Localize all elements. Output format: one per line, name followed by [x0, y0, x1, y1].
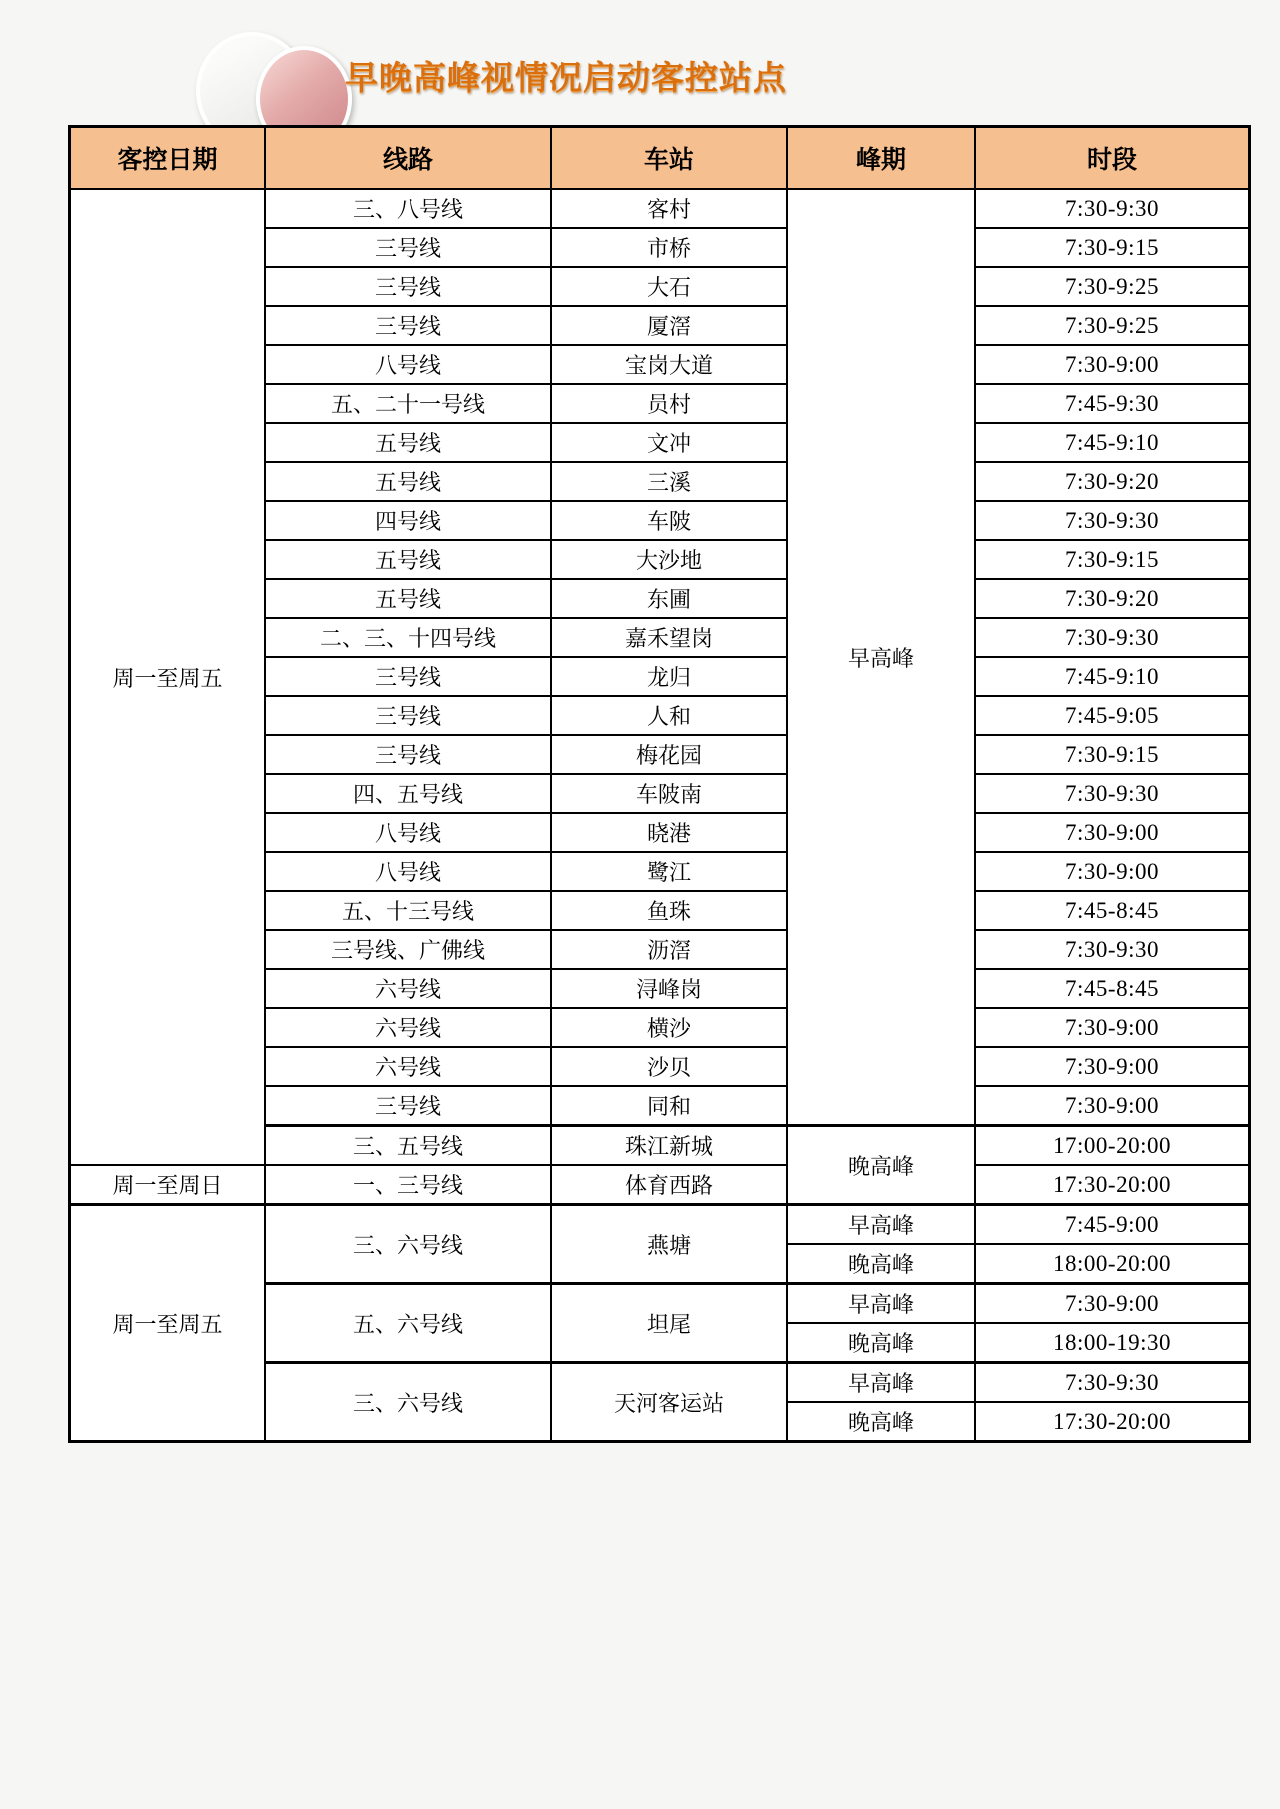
station-cell: 三溪	[551, 462, 787, 501]
line-cell: 二、三、十四号线	[265, 618, 551, 657]
date-cell: 周一至周日	[70, 1165, 266, 1205]
line-cell: 五、二十一号线	[265, 384, 551, 423]
station-cell: 员村	[551, 384, 787, 423]
station-cell: 浔峰岗	[551, 969, 787, 1008]
peak-cell: 晚高峰	[787, 1402, 975, 1442]
table-row: 周一至周日一、三号线体育西路17:30-20:00	[70, 1165, 1250, 1205]
time-cell: 7:45-9:10	[975, 423, 1250, 462]
line-cell: 四号线	[265, 501, 551, 540]
station-cell: 市桥	[551, 228, 787, 267]
logo	[196, 30, 366, 130]
time-cell: 7:30-9:00	[975, 1284, 1250, 1324]
line-cell: 三号线	[265, 1086, 551, 1126]
peak-cell: 晚高峰	[787, 1323, 975, 1363]
time-cell: 7:30-9:15	[975, 228, 1250, 267]
date-cell: 周一至周五	[70, 189, 266, 1165]
line-cell: 三号线	[265, 735, 551, 774]
peak-cell: 早高峰	[787, 1205, 975, 1245]
peak-cell: 早高峰	[787, 189, 975, 1126]
station-cell: 坦尾	[551, 1284, 787, 1363]
peak-cell: 早高峰	[787, 1284, 975, 1324]
time-cell: 7:45-9:00	[975, 1205, 1250, 1245]
time-cell: 7:45-9:05	[975, 696, 1250, 735]
station-cell: 沥滘	[551, 930, 787, 969]
time-cell: 7:30-9:00	[975, 1008, 1250, 1047]
time-cell: 7:30-9:00	[975, 1086, 1250, 1126]
line-cell: 三、五号线	[265, 1126, 551, 1166]
station-cell: 同和	[551, 1086, 787, 1126]
date-cell: 周一至周五	[70, 1205, 266, 1442]
station-cell: 人和	[551, 696, 787, 735]
time-cell: 7:30-9:30	[975, 1363, 1250, 1403]
station-cell: 客村	[551, 189, 787, 228]
table-row: 周一至周五三、八号线客村早高峰7:30-9:30	[70, 189, 1250, 228]
table-body: 周一至周五三、八号线客村早高峰7:30-9:30三号线市桥7:30-9:15三号…	[70, 189, 1250, 1442]
station-cell: 晓港	[551, 813, 787, 852]
time-cell: 7:45-9:10	[975, 657, 1250, 696]
station-cell: 厦滘	[551, 306, 787, 345]
line-cell: 三、八号线	[265, 189, 551, 228]
station-cell: 龙归	[551, 657, 787, 696]
line-cell: 五号线	[265, 540, 551, 579]
station-cell: 大石	[551, 267, 787, 306]
line-cell: 一、三号线	[265, 1165, 551, 1205]
line-cell: 三、六号线	[265, 1205, 551, 1284]
header-row: 客控日期线路车站峰期时段	[70, 127, 1250, 190]
station-cell: 体育西路	[551, 1165, 787, 1205]
time-cell: 7:30-9:15	[975, 540, 1250, 579]
line-cell: 三、六号线	[265, 1363, 551, 1442]
line-cell: 四、五号线	[265, 774, 551, 813]
time-cell: 7:30-9:20	[975, 462, 1250, 501]
station-cell: 车陂	[551, 501, 787, 540]
station-cell: 嘉禾望岗	[551, 618, 787, 657]
page-title: 早晚高峰视情况启动客控站点	[345, 52, 787, 99]
column-header-date: 客控日期	[70, 127, 266, 190]
station-control-table: 客控日期线路车站峰期时段 周一至周五三、八号线客村早高峰7:30-9:30三号线…	[68, 125, 1251, 1443]
line-cell: 三号线、广佛线	[265, 930, 551, 969]
time-cell: 18:00-19:30	[975, 1323, 1250, 1363]
line-cell: 五号线	[265, 579, 551, 618]
time-cell: 7:30-9:00	[975, 345, 1250, 384]
time-cell: 7:30-9:30	[975, 618, 1250, 657]
line-cell: 三号线	[265, 267, 551, 306]
line-cell: 六号线	[265, 969, 551, 1008]
station-cell: 横沙	[551, 1008, 787, 1047]
time-cell: 7:30-9:00	[975, 852, 1250, 891]
line-cell: 八号线	[265, 813, 551, 852]
line-cell: 三号线	[265, 657, 551, 696]
notice-page: 早晚高峰视情况启动客控站点 客控日期线路车站峰期时段 周一至周五三、八号线客村早…	[0, 0, 1280, 1809]
peak-cell: 晚高峰	[787, 1244, 975, 1284]
line-cell: 五号线	[265, 423, 551, 462]
line-cell: 五、十三号线	[265, 891, 551, 930]
line-cell: 八号线	[265, 345, 551, 384]
line-cell: 五号线	[265, 462, 551, 501]
time-cell: 7:45-8:45	[975, 969, 1250, 1008]
line-cell: 三号线	[265, 228, 551, 267]
station-cell: 燕塘	[551, 1205, 787, 1284]
time-cell: 7:30-9:30	[975, 189, 1250, 228]
column-header-station: 车站	[551, 127, 787, 190]
line-cell: 六号线	[265, 1047, 551, 1086]
station-cell: 鹭江	[551, 852, 787, 891]
column-header-time: 时段	[975, 127, 1250, 190]
time-cell: 7:30-9:20	[975, 579, 1250, 618]
line-cell: 三号线	[265, 306, 551, 345]
station-cell: 天河客运站	[551, 1363, 787, 1442]
time-cell: 7:30-9:00	[975, 813, 1250, 852]
peak-cell: 早高峰	[787, 1363, 975, 1403]
line-cell: 六号线	[265, 1008, 551, 1047]
station-cell: 鱼珠	[551, 891, 787, 930]
peak-cell: 晚高峰	[787, 1126, 975, 1205]
table-row: 周一至周五三、六号线燕塘早高峰7:45-9:00	[70, 1205, 1250, 1245]
column-header-line: 线路	[265, 127, 551, 190]
line-cell: 三号线	[265, 696, 551, 735]
time-cell: 7:30-9:00	[975, 1047, 1250, 1086]
station-cell: 东圃	[551, 579, 787, 618]
time-cell: 17:00-20:00	[975, 1126, 1250, 1166]
station-cell: 珠江新城	[551, 1126, 787, 1166]
line-cell: 八号线	[265, 852, 551, 891]
time-cell: 18:00-20:00	[975, 1244, 1250, 1284]
station-cell: 大沙地	[551, 540, 787, 579]
time-cell: 7:30-9:30	[975, 501, 1250, 540]
time-cell: 7:45-9:30	[975, 384, 1250, 423]
column-header-peak: 峰期	[787, 127, 975, 190]
station-cell: 宝岗大道	[551, 345, 787, 384]
station-cell: 沙贝	[551, 1047, 787, 1086]
time-cell: 7:45-8:45	[975, 891, 1250, 930]
time-cell: 7:30-9:25	[975, 267, 1250, 306]
line-cell: 五、六号线	[265, 1284, 551, 1363]
table-header: 客控日期线路车站峰期时段	[70, 127, 1250, 190]
station-cell: 文冲	[551, 423, 787, 462]
time-cell: 17:30-20:00	[975, 1402, 1250, 1442]
time-cell: 17:30-20:00	[975, 1165, 1250, 1205]
title-banner: 早晚高峰视情况启动客控站点	[0, 0, 1280, 125]
time-cell: 7:30-9:30	[975, 774, 1250, 813]
station-cell: 梅花园	[551, 735, 787, 774]
station-cell: 车陂南	[551, 774, 787, 813]
time-cell: 7:30-9:25	[975, 306, 1250, 345]
time-cell: 7:30-9:15	[975, 735, 1250, 774]
time-cell: 7:30-9:30	[975, 930, 1250, 969]
